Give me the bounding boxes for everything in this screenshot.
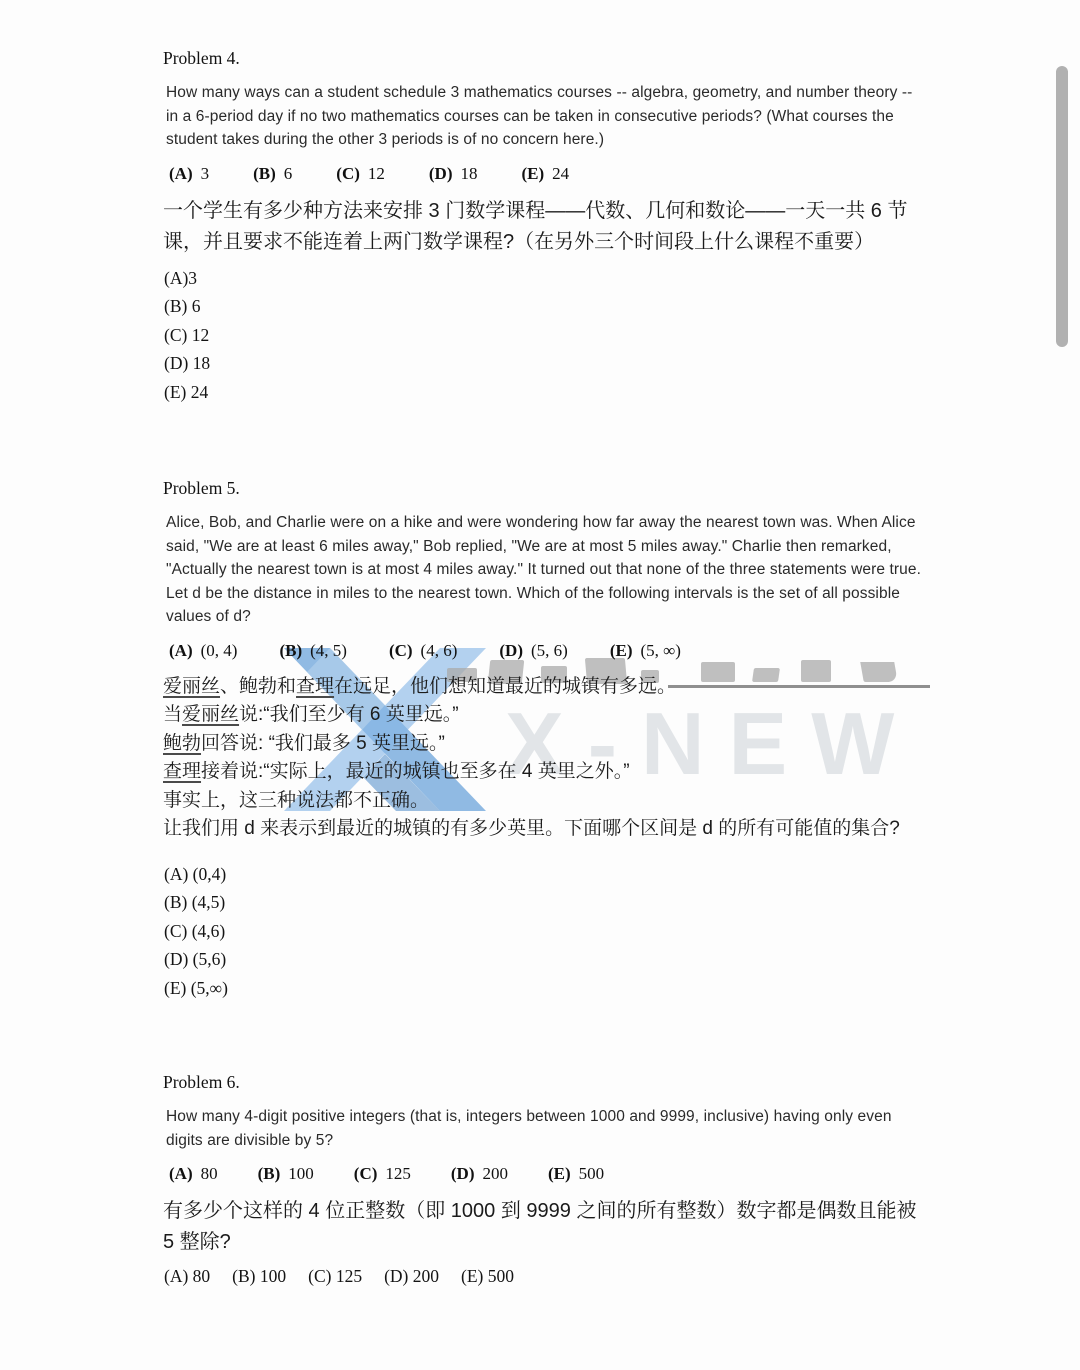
option: (C)(4, 6) [389,641,457,661]
option-value: (4, 6) [421,641,458,660]
problem-6-english-body: How many 4-digit positive integers (that… [166,1105,925,1152]
option-value: 500 [579,1164,605,1183]
option-label: (B) [279,641,302,660]
problem-5-english-body: Alice, Bob, and Charlie were on a hike a… [166,511,925,629]
option: (D)(5, 6) [499,641,567,661]
option: (C)12 [336,164,385,184]
problem-4-english-body: How many ways can a student schedule 3 m… [166,81,925,152]
option: (B)(4, 5) [279,641,347,661]
problem-6-section: Problem 6. How many 4-digit positive int… [163,1072,925,1287]
option-value: 24 [552,164,569,183]
option-value: 12 [368,164,385,183]
option: (A)3 [169,164,209,184]
option-label: (E) [610,641,633,660]
option-line: (A) (0,4) [164,860,925,889]
option-value: 100 [288,1164,314,1183]
problem-4-chinese-body: 一个学生有多少种方法来安排 3 门数学课程——代数、几何和数论——一天一共 6 … [163,196,925,258]
option: (C)125 [354,1164,411,1184]
option-label: (D) [499,641,523,660]
problem-4-chinese-options: (A)3 (B) 6 (C) 12 (D) 18 (E) 24 [164,264,925,407]
option-label: (A) [169,164,193,183]
problem-6-english-options: (A)80 (B)100 (C)125 (D)200 (E)500 [169,1164,925,1184]
option-value: 18 [461,164,478,183]
option-label: (B) [253,164,276,183]
problem-5-section: Problem 5. Alice, Bob, and Charlie were … [163,478,925,1002]
option-line: (D) (5,6) [164,945,925,974]
option-line: (B) (4,5) [164,888,925,917]
chinese-line: 事实上，这三种说法都不正确。 [163,787,925,816]
option: (A)80 [169,1164,218,1184]
option-value: (4, 5) [310,641,347,660]
problem-5-title: Problem 5. [163,478,925,499]
option-value: 125 [385,1164,411,1183]
option: (A)(0, 4) [169,641,237,661]
option: (E)500 [548,1164,604,1184]
option-line: (A)3 [164,264,925,293]
option-value: 3 [201,164,210,183]
problem-5-english-options: (A)(0, 4) (B)(4, 5) (C)(4, 6) (D)(5, 6) … [169,641,925,661]
option: (C) 125 [308,1266,362,1287]
option-label: (C) [336,164,360,183]
option-value: (5, 6) [531,641,568,660]
chinese-line: 鲍勃回答说: “我们最多 5 英里远。” [163,730,925,759]
option: (B)6 [253,164,292,184]
option-label: (D) [451,1164,475,1183]
problem-6-title: Problem 6. [163,1072,925,1093]
vertical-scrollbar-thumb[interactable] [1056,66,1068,347]
option-line: (E) (5,∞) [164,974,925,1003]
problem-5-chinese-body: 爱丽丝、鲍勃和查理在远足，他们想知道最近的城镇有多远。 当爱丽丝说:“我们至少有… [163,673,925,844]
chinese-line: 爱丽丝、鲍勃和查理在远足，他们想知道最近的城镇有多远。 [163,673,925,702]
option-label: (A) [169,641,193,660]
problem-6-chinese-body: 有多少个这样的 4 位正整数（即 1000 到 9999 之间的所有整数）数字都… [163,1196,925,1258]
chinese-line: 查理接着说:“实际上，最近的城镇也至多在 4 英里之外。” [163,758,925,787]
option-value: (5, ∞) [640,641,680,660]
option-value: 6 [284,164,293,183]
problem-5-chinese-options: (A) (0,4) (B) (4,5) (C) (4,6) (D) (5,6) … [164,860,925,1003]
option-value: 200 [483,1164,509,1183]
problem-4-section: Problem 4. How many ways can a student s… [163,48,925,406]
option-label: (A) [169,1164,193,1183]
chinese-line: 让我们用 d 来表示到最近的城镇的有多少英里。下面哪个区间是 d 的所有可能值的… [163,815,925,844]
option-label: (E) [522,164,545,183]
option-line: (C) (4,6) [164,917,925,946]
option-value: 80 [201,1164,218,1183]
option: (D)18 [429,164,478,184]
option-line: (C) 12 [164,321,925,350]
option: (E) 500 [461,1266,514,1287]
option: (A) 80 [164,1266,210,1287]
option: (E)24 [522,164,570,184]
problem-4-english-options: (A)3 (B)6 (C)12 (D)18 (E)24 [169,164,925,184]
problem-6-chinese-options: (A) 80 (B) 100 (C) 125 (D) 200 (E) 500 [164,1266,925,1287]
option: (B) 100 [232,1266,286,1287]
option-label: (C) [389,641,413,660]
option-label: (C) [354,1164,378,1183]
chinese-line: 当爱丽丝说:“我们至少有 6 英里远。” [163,701,925,730]
option-line: (B) 6 [164,292,925,321]
option: (B)100 [258,1164,314,1184]
option-value: (0, 4) [201,641,238,660]
option-line: (E) 24 [164,378,925,407]
option-label: (D) [429,164,453,183]
option-line: (D) 18 [164,349,925,378]
option: (E)(5, ∞) [610,641,681,661]
option: (D)200 [451,1164,508,1184]
option: (D) 200 [384,1266,439,1287]
option-label: (B) [258,1164,281,1183]
option-label: (E) [548,1164,571,1183]
problem-4-title: Problem 4. [163,48,925,69]
